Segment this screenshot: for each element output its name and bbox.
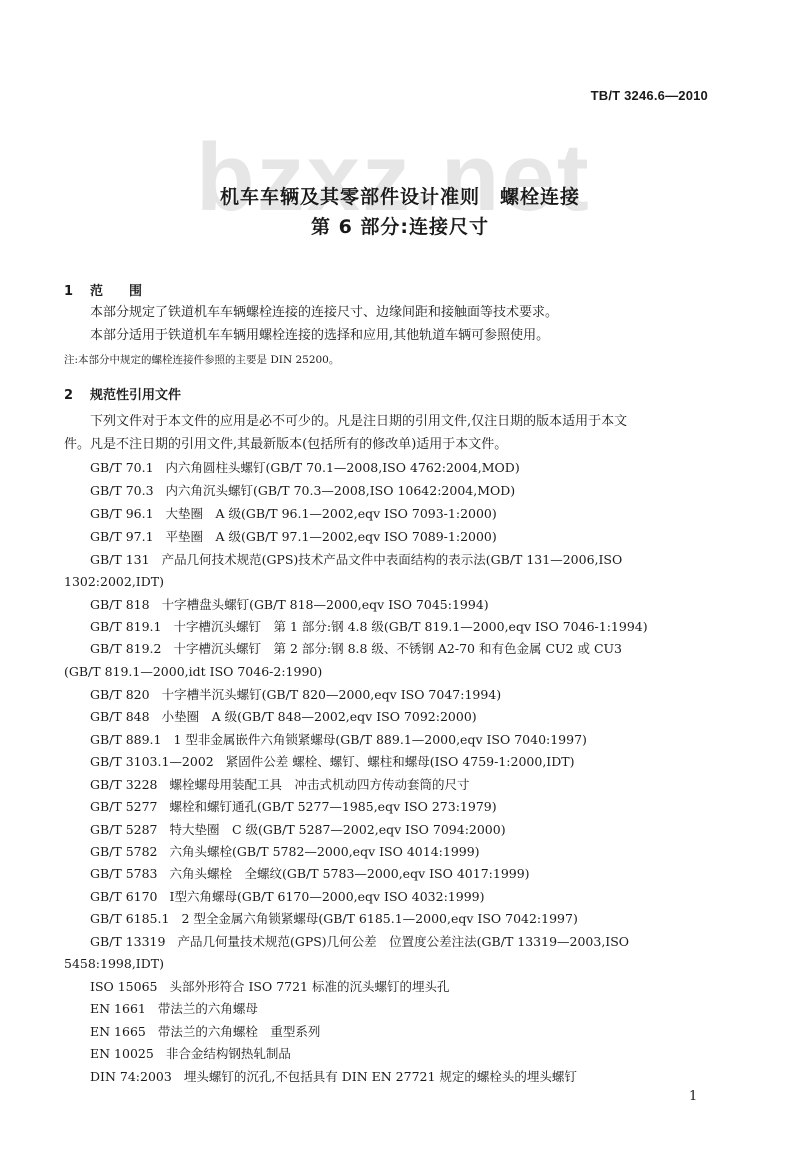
- standard-code: TB/T 3246.6—2010: [591, 88, 708, 103]
- reference-item: GB/T 819.2十字槽沉头螺钉 第 2 部分:钢 8.8 级、不锈钢 A2-…: [64, 638, 724, 660]
- reference-title: 特大垫圈 C 级(GB/T 5287—2002,eqv ISO 7094:200…: [170, 822, 506, 837]
- reference-code: EN 1665: [64, 1021, 146, 1043]
- reference-continuation: 1302:2002,IDT): [64, 571, 164, 593]
- reference-title: 非合金结构钢热轧制品: [166, 1046, 291, 1061]
- reference-item: GB/T 5782六角头螺栓(GB/T 5782—2000,eqv ISO 40…: [64, 841, 724, 863]
- reference-code: EN 1661: [64, 998, 146, 1020]
- reference-code: ISO 15065: [64, 976, 158, 998]
- reference-title: 六角头螺栓 全螺纹(GB/T 5783—2000,eqv ISO 4017:19…: [170, 866, 530, 881]
- reference-item: GB/T 6185.12 型全金属六角锁紧螺母(GB/T 6185.1—2000…: [64, 908, 724, 930]
- reference-title: 产品几何技术规范(GPS)技术产品文件中表面结构的表示法(GB/T 131—20…: [162, 552, 623, 567]
- page-number: 1: [689, 1089, 697, 1104]
- reference-code: GB/T 848: [64, 706, 150, 728]
- reference-item: GB/T 818十字槽盘头螺钉(GB/T 818—2000,eqv ISO 70…: [64, 594, 724, 616]
- reference-item: EN 10025非合金结构钢热轧制品: [64, 1043, 724, 1065]
- references-intro-line-1: 下列文件对于本文件的应用是必不可少的。凡是注日期的引用文件,仅注日期的版本适用于…: [64, 411, 724, 433]
- reference-code: GB/T 5783: [64, 863, 158, 885]
- reference-item: GB/T 819.1十字槽沉头螺钉 第 1 部分:钢 4.8 级(GB/T 81…: [64, 616, 724, 638]
- reference-code: GB/T 131: [64, 549, 150, 571]
- reference-title: 1 型非金属嵌件六角锁紧螺母(GB/T 889.1—2000,eqv ISO 7…: [173, 732, 586, 747]
- reference-title: 产品几何量技术规范(GPS)几何公差 位置度公差注法(GB/T 13319—20…: [177, 934, 629, 949]
- reference-item: GB/T 820十字槽半沉头螺钉(GB/T 820—2000,eqv ISO 7…: [64, 684, 724, 706]
- title-line-2: 第 6 部分:连接尺寸: [0, 212, 800, 242]
- reference-item: GB/T 70.3内六角沉头螺钉(GB/T 70.3—2008,ISO 1064…: [64, 480, 724, 502]
- reference-code: GB/T 70.1: [64, 457, 154, 479]
- document-title: 机车车辆及其零部件设计准则 螺栓连接 第 6 部分:连接尺寸: [0, 182, 800, 242]
- reference-title: 内六角沉头螺钉(GB/T 70.3—2008,ISO 10642:2004,MO…: [166, 483, 516, 498]
- reference-title: 十字槽沉头螺钉 第 2 部分:钢 8.8 级、不锈钢 A2-70 和有色金属 C…: [173, 641, 622, 656]
- scope-paragraph-2: 本部分适用于铁道机车车辆用螺栓连接的选择和应用,其他轨道车辆可参照使用。: [64, 325, 724, 347]
- reference-item: GB/T 5277螺栓和螺钉通孔(GB/T 5277—1985,eqv ISO …: [64, 796, 724, 818]
- reference-item: GB/T 96.1大垫圈 A 级(GB/T 96.1—2002,eqv ISO …: [64, 503, 724, 525]
- section-number: 2: [64, 388, 90, 403]
- reference-code: GB/T 5277: [64, 796, 158, 818]
- section-number: 1: [64, 284, 90, 299]
- reference-title: 埋头螺钉的沉孔,不包括具有 DIN EN 27721 规定的螺栓头的埋头螺钉: [184, 1069, 577, 1084]
- reference-item: GB/T 6170Ⅰ型六角螺母(GB/T 6170—2000,eqv ISO 4…: [64, 886, 724, 908]
- reference-title: Ⅰ型六角螺母(GB/T 6170—2000,eqv ISO 4032:1999): [170, 889, 485, 904]
- reference-code: GB/T 889.1: [64, 729, 161, 751]
- reference-code: GB/T 3103.1—2002: [64, 751, 214, 773]
- reference-title: 小垫圈 A 级(GB/T 848—2002,eqv ISO 7092:2000): [162, 709, 477, 724]
- reference-item: GB/T 3103.1—2002紧固件公差 螺栓、螺钉、螺柱和螺母(ISO 47…: [64, 751, 724, 773]
- reference-title: 紧固件公差 螺栓、螺钉、螺柱和螺母(ISO 4759-1:2000,IDT): [226, 754, 575, 769]
- reference-code: DIN 74:2003: [64, 1066, 172, 1088]
- section-heading-scope: 1范 围: [64, 280, 142, 299]
- reference-title: 大垫圈 A 级(GB/T 96.1—2002,eqv ISO 7093-1:20…: [166, 506, 497, 521]
- reference-item: GB/T 13319产品几何量技术规范(GPS)几何公差 位置度公差注法(GB/…: [64, 931, 724, 953]
- reference-code: GB/T 97.1: [64, 526, 154, 548]
- section-title: 规范性引用文件: [90, 388, 181, 403]
- title-line-1: 机车车辆及其零部件设计准则 螺栓连接: [0, 182, 800, 212]
- reference-item: GB/T 5783六角头螺栓 全螺纹(GB/T 5783—2000,eqv IS…: [64, 863, 724, 885]
- reference-title: 十字槽盘头螺钉(GB/T 818—2000,eqv ISO 7045:1994): [162, 597, 489, 612]
- reference-code: GB/T 818: [64, 594, 150, 616]
- section-heading-normative-references: 2规范性引用文件: [64, 384, 181, 403]
- reference-item: GB/T 131产品几何技术规范(GPS)技术产品文件中表面结构的表示法(GB/…: [64, 549, 724, 571]
- reference-code: GB/T 3228: [64, 774, 158, 796]
- reference-item: EN 1661带法兰的六角螺母: [64, 998, 724, 1020]
- reference-title: 十字槽半沉头螺钉(GB/T 820—2000,eqv ISO 7047:1994…: [162, 687, 502, 702]
- reference-item: GB/T 97.1平垫圈 A 级(GB/T 97.1—2002,eqv ISO …: [64, 526, 724, 548]
- reference-item: GB/T 70.1内六角圆柱头螺钉(GB/T 70.1—2008,ISO 476…: [64, 457, 724, 479]
- reference-title: 带法兰的六角螺栓 重型系列: [158, 1024, 321, 1039]
- reference-title: 螺栓螺母用装配工具 冲击式机动四方传动套筒的尺寸: [170, 777, 470, 792]
- reference-code: EN 10025: [64, 1043, 154, 1065]
- reference-code: GB/T 13319: [64, 931, 165, 953]
- reference-code: GB/T 819.1: [64, 616, 161, 638]
- reference-code: GB/T 819.2: [64, 638, 161, 660]
- reference-code: GB/T 70.3: [64, 480, 154, 502]
- reference-title: 内六角圆柱头螺钉(GB/T 70.1—2008,ISO 4762:2004,MO…: [166, 460, 520, 475]
- reference-code: GB/T 5782: [64, 841, 158, 863]
- reference-title: 十字槽沉头螺钉 第 1 部分:钢 4.8 级(GB/T 819.1—2000,e…: [173, 619, 647, 634]
- reference-item: GB/T 848小垫圈 A 级(GB/T 848—2002,eqv ISO 70…: [64, 706, 724, 728]
- references-intro-line-2: 件。凡是不注日期的引用文件,其最新版本(包括所有的修改单)适用于本文件。: [64, 434, 724, 456]
- reference-title: 平垫圈 A 级(GB/T 97.1—2002,eqv ISO 7089-1:20…: [166, 529, 497, 544]
- section-title: 范 围: [90, 284, 142, 299]
- reference-item: ISO 15065头部外形符合 ISO 7721 标准的沉头螺钉的埋头孔: [64, 976, 724, 998]
- reference-code: GB/T 6185.1: [64, 908, 169, 930]
- reference-code: GB/T 5287: [64, 819, 158, 841]
- reference-title: 带法兰的六角螺母: [158, 1001, 258, 1016]
- reference-code: GB/T 96.1: [64, 503, 154, 525]
- reference-item: DIN 74:2003埋头螺钉的沉孔,不包括具有 DIN EN 27721 规定…: [64, 1066, 724, 1088]
- reference-item: GB/T 5287特大垫圈 C 级(GB/T 5287—2002,eqv ISO…: [64, 819, 724, 841]
- reference-title: 螺栓和螺钉通孔(GB/T 5277—1985,eqv ISO 273:1979): [170, 799, 497, 814]
- scope-paragraph-1: 本部分规定了铁道机车车辆螺栓连接的连接尺寸、边缘间距和接触面等技术要求。: [64, 302, 724, 324]
- reference-item: GB/T 889.11 型非金属嵌件六角锁紧螺母(GB/T 889.1—2000…: [64, 729, 724, 751]
- reference-item: EN 1665带法兰的六角螺栓 重型系列: [64, 1021, 724, 1043]
- reference-title: 头部外形符合 ISO 7721 标准的沉头螺钉的埋头孔: [170, 979, 450, 994]
- reference-code: GB/T 820: [64, 684, 150, 706]
- reference-item: GB/T 3228螺栓螺母用装配工具 冲击式机动四方传动套筒的尺寸: [64, 774, 724, 796]
- reference-continuation: (GB/T 819.1—2000,idt ISO 7046-2:1990): [64, 661, 322, 683]
- reference-code: GB/T 6170: [64, 886, 158, 908]
- reference-title: 2 型全金属六角锁紧螺母(GB/T 6185.1—2000,eqv ISO 70…: [181, 911, 577, 926]
- scope-note: 注:本部分中规定的螺栓连接件参照的主要是 DIN 25200。: [64, 349, 724, 371]
- reference-title: 六角头螺栓(GB/T 5782—2000,eqv ISO 4014:1999): [170, 844, 480, 859]
- reference-continuation: 5458:1998,IDT): [64, 953, 164, 975]
